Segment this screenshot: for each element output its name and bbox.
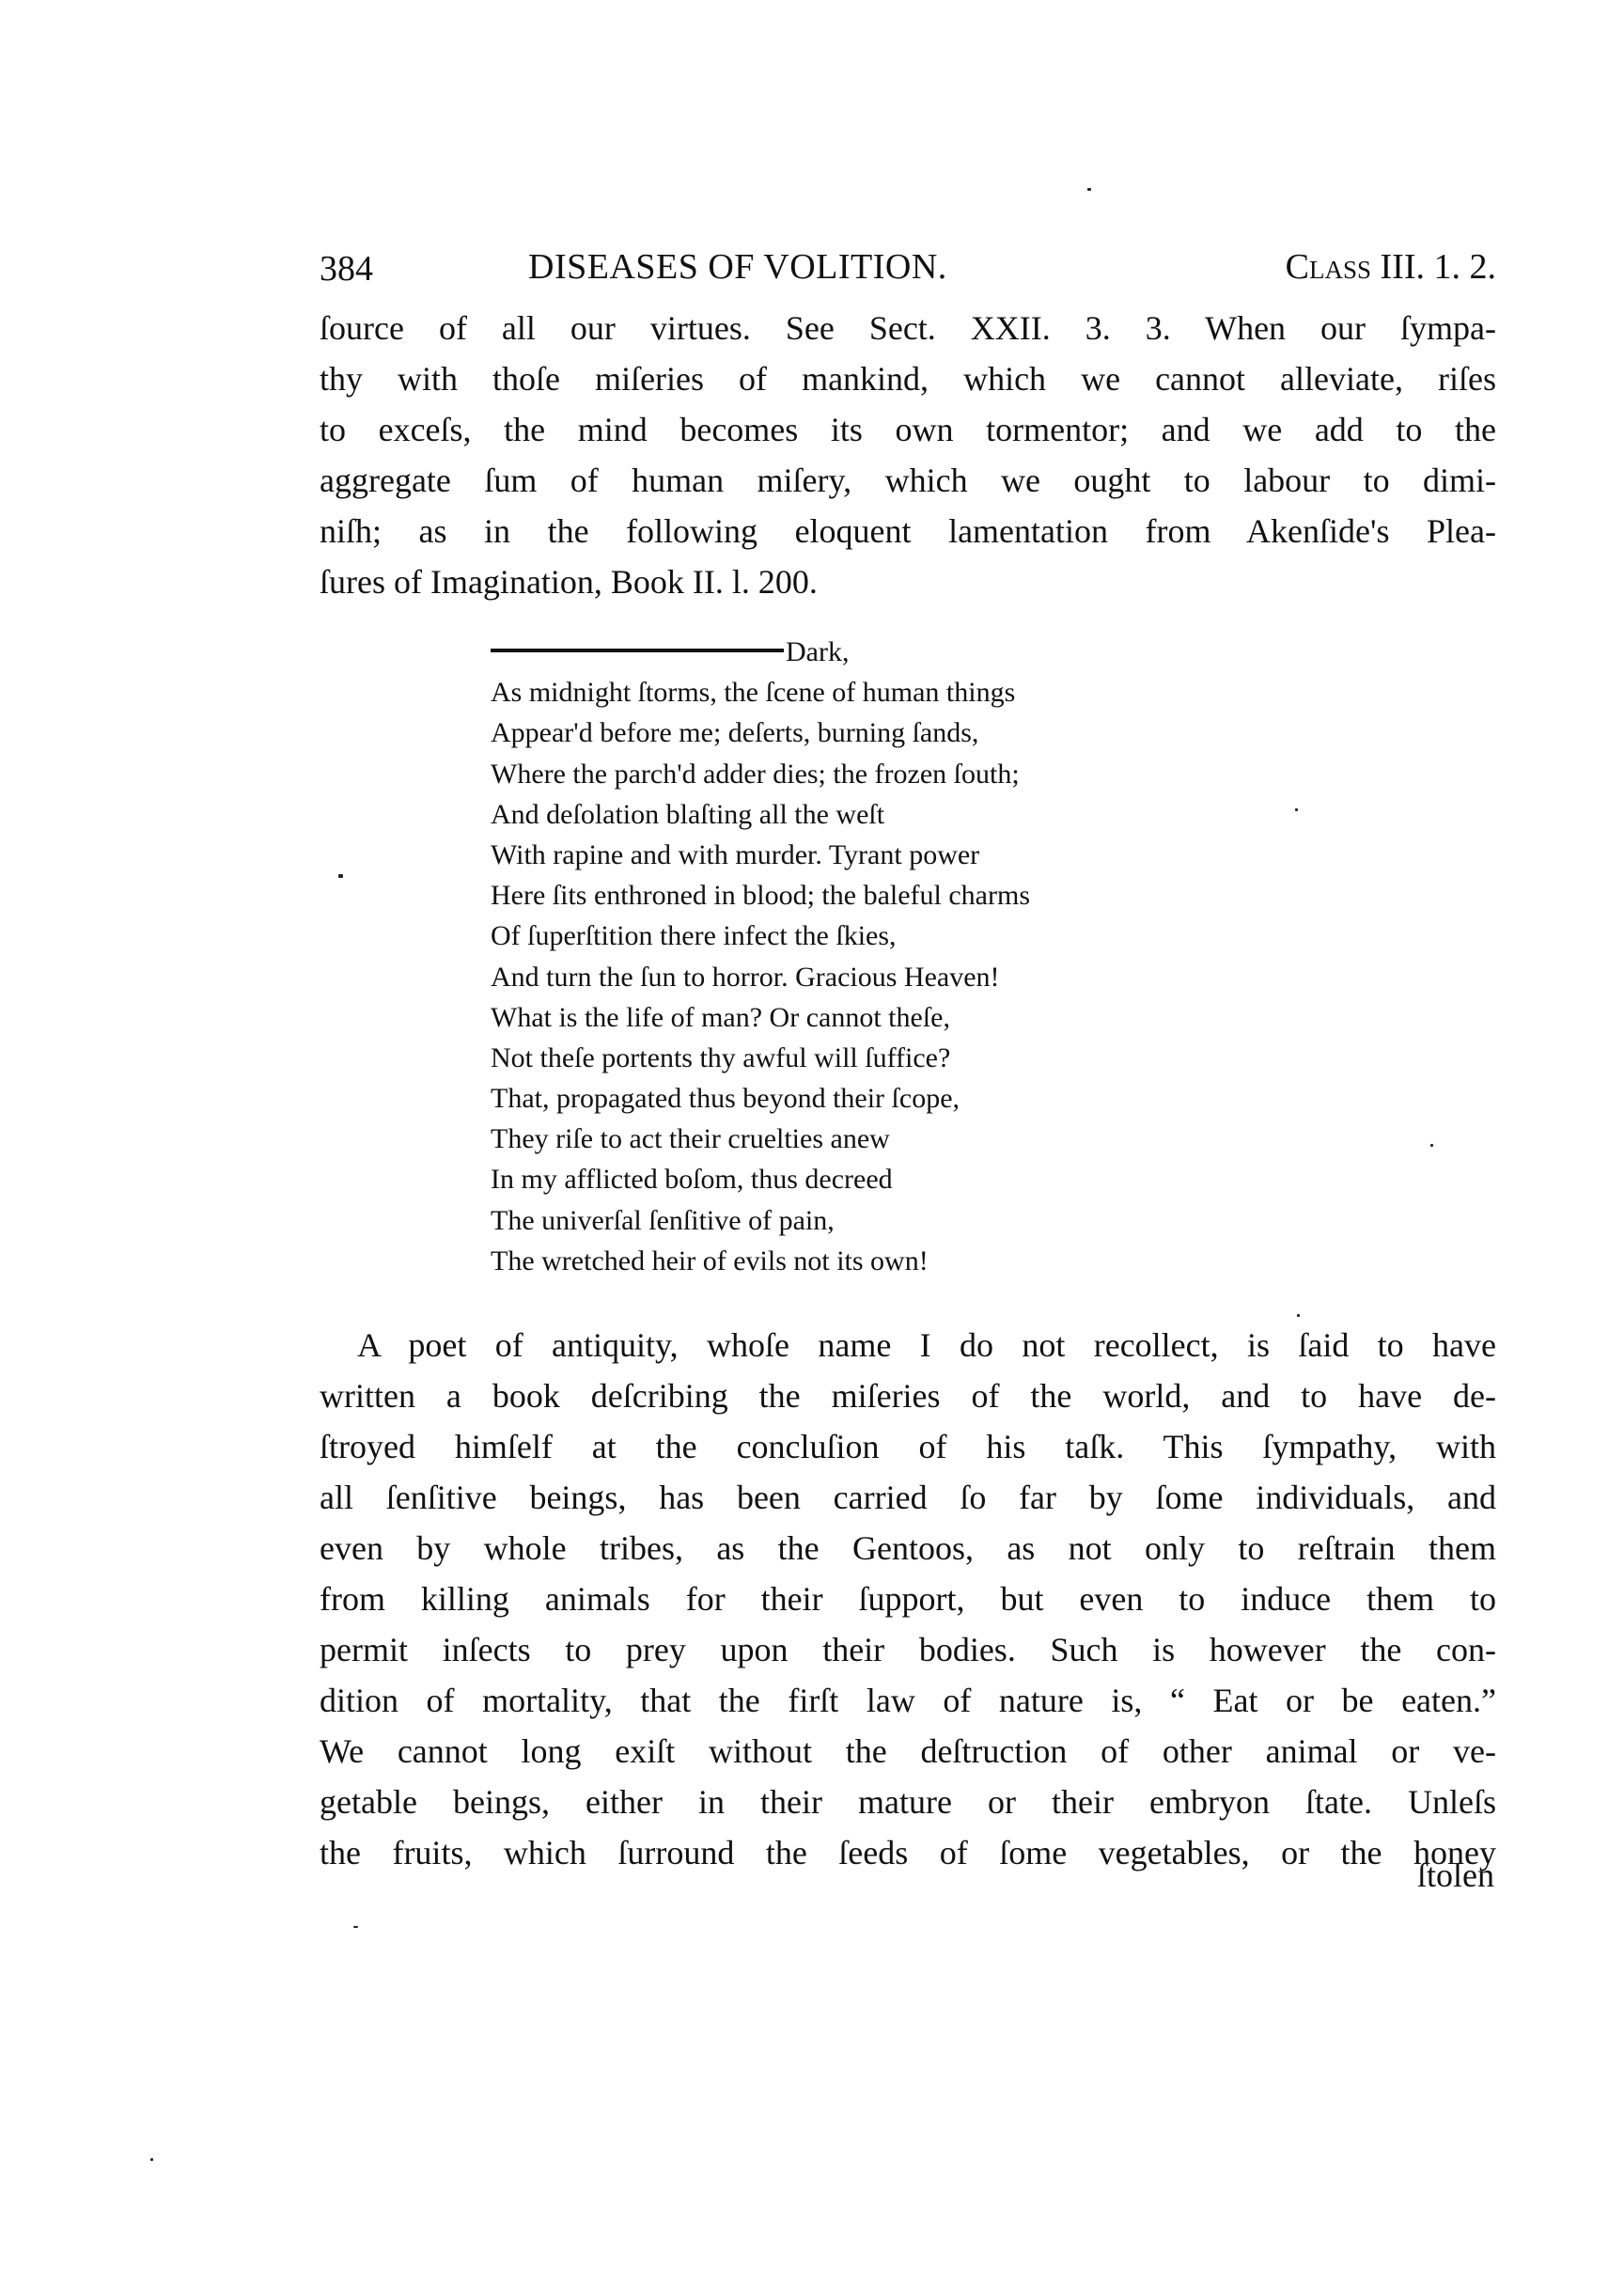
text-line: permit inſects to prey upon their bodies… [320,1624,1496,1675]
text-line: thy with thoſe miſeries of mankind, whic… [320,353,1496,404]
running-title: DISEASES OF VOLITION. [528,246,947,288]
class-label: Class III. 1. 2. [1286,246,1496,288]
poem-line: As midnight ſtorms, the ſcene of human t… [491,672,1030,712]
text-line: dition of mortality, that the firſt law … [320,1675,1496,1726]
poem-line: What is the life of man? Or cannot theſe… [491,997,1030,1038]
scan-speck [1430,1144,1433,1147]
text-line: from killing animals for their ſupport, … [320,1574,1496,1624]
page-number: 384 [320,248,373,290]
text-line: ſures of Imagination, Book II. l. 200. [320,556,1496,607]
poem-lead-line: Dark, [491,632,1030,672]
text-line: written a book deſcribing the miſeries o… [320,1370,1496,1421]
text-line: ſource of all our virtues. See Sect. XXI… [320,303,1496,353]
text-line: ſtroyed himſelf at the concluſion of his… [320,1421,1496,1472]
poem-line: Not theſe portents thy awful will ſuffic… [491,1038,1030,1078]
poem-line: The wretched heir of evils not its own! [491,1241,1030,1281]
scan-speck [1087,188,1091,191]
poem-line: The univerſal ſenſitive of pain, [491,1200,1030,1241]
poem-line: And deſolation blaſting all the weſt [491,794,1030,835]
poem-line: With rapine and with murder. Tyrant powe… [491,835,1030,875]
poem-line: Appear'd before me; deſerts, burning ſan… [491,712,1030,753]
scan-speck [338,874,343,878]
lead-dash-rule [491,649,784,652]
text-line: We cannot long exiſt without the deſtruc… [320,1726,1496,1777]
poem-line: They riſe to act their cruelties anew [491,1119,1030,1159]
scan-speck [1297,1314,1300,1317]
text-line: A poet of antiquity, whoſe name I do not… [320,1320,1496,1370]
paragraph-2: A poet of antiquity, whoſe name I do not… [320,1320,1496,1878]
text-line: all ſenſitive beings, has been carried ſ… [320,1472,1496,1523]
text-line: aggregate ſum of human miſery, which we … [320,455,1496,506]
scan-speck [353,1926,358,1928]
text-line: the fruits, which ſurround the ſeeds of … [320,1827,1496,1878]
poem-line: That, propagated thus beyond their ſcope… [491,1078,1030,1119]
paragraph-1: ſource of all our virtues. See Sect. XXI… [320,303,1496,607]
poem-line: In my afflicted boſom, thus decreed [491,1159,1030,1199]
poem-lead-word: Dark, [786,636,849,667]
text-line: niſh; as in the following eloquent lamen… [320,506,1496,556]
poem-line: And turn the ſun to horror. Gracious Hea… [491,957,1030,997]
scan-speck [150,2158,153,2161]
scan-speck [1295,808,1298,811]
running-header: 384 DISEASES OF VOLITION. Class III. 1. … [320,246,1496,293]
poem-line: Here ſits enthroned in blood; the balefu… [491,875,1030,916]
text-line: even by whole tribes, as the Gentoos, as… [320,1523,1496,1574]
text-line: to exceſs, the mind becomes its own torm… [320,404,1496,455]
poem-line: Of ſuperſtition there infect the ſkies, [491,916,1030,956]
poem-quotation: Dark, As midnight ſtorms, the ſcene of h… [491,632,1030,1281]
text-line: getable beings, either in their mature o… [320,1777,1496,1827]
poem-line: Where the parch'd adder dies; the frozen… [491,754,1030,794]
book-page: 384 DISEASES OF VOLITION. Class III. 1. … [0,0,1624,2286]
catchword: ſtolen [1417,1855,1494,1895]
